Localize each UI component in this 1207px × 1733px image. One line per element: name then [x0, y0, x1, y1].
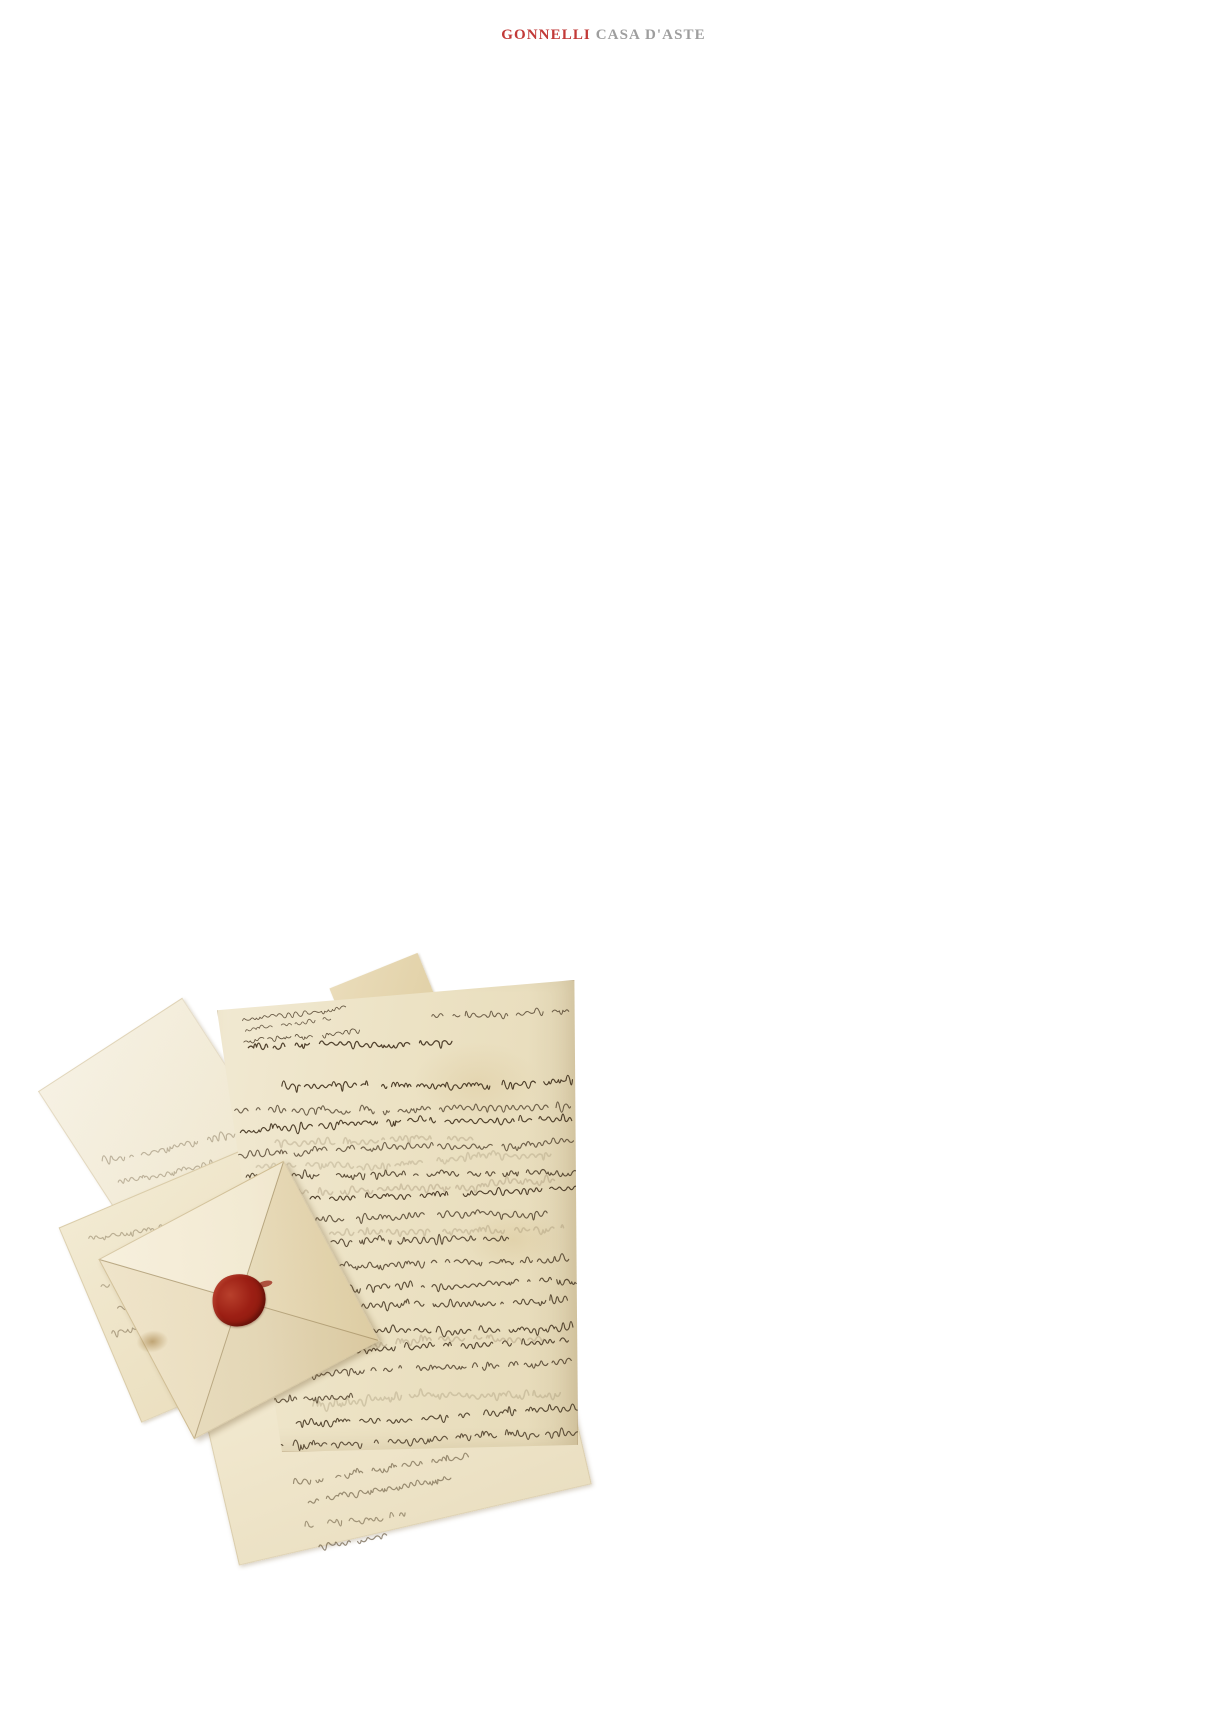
handwriting-line [315, 1528, 386, 1552]
handwriting-line [232, 1092, 572, 1117]
handwriting-line [279, 1069, 575, 1092]
envelope-stain [134, 1328, 169, 1354]
page-header: GONNELLI CASA D'ASTE [0, 27, 1207, 44]
brand-suffix: CASA D'ASTE [591, 27, 706, 43]
handwriting-line [429, 1001, 571, 1022]
brand-name: GONNELLI [501, 27, 591, 43]
manuscript-lot-photo [55, 880, 615, 1580]
